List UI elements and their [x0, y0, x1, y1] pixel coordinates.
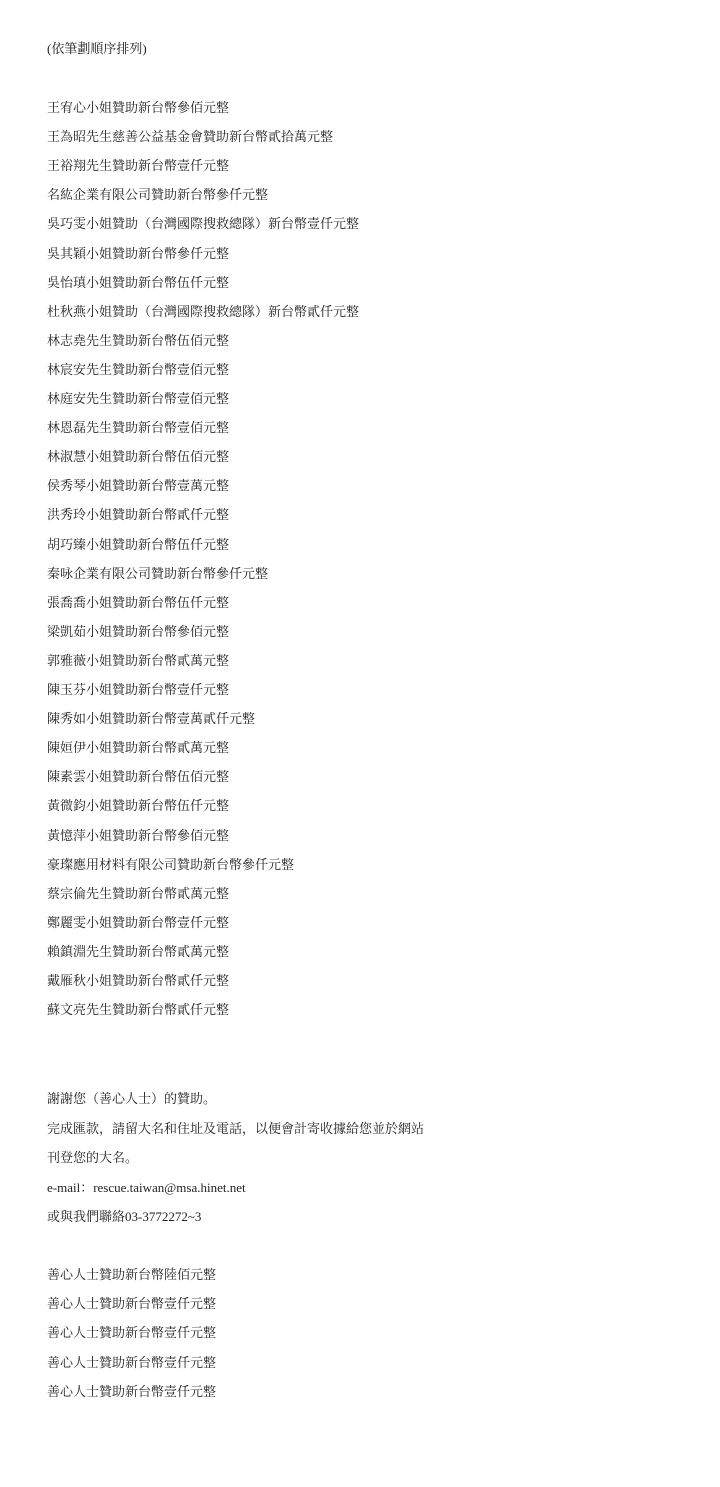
sponsor-entry: 黃微鈞小姐贊助新台幣伍仟元整: [47, 798, 229, 814]
sponsor-entry: 林庭安先生贊助新台幣壹佰元整: [47, 391, 229, 407]
sponsor-entry: 梁凱茹小姐贊助新台幣參佰元整: [47, 624, 229, 640]
sponsor-entry: 林志堯先生贊助新台幣伍佰元整: [47, 333, 229, 349]
thanks-line: 謝謝您（善心人士）的贊助。: [47, 1091, 216, 1107]
sponsor-entry: 王宥心小姐贊助新台幣參佰元整: [47, 100, 229, 116]
instruction-line-cont: 刊登您的大名。: [47, 1150, 138, 1166]
sponsor-entry: 王裕翔先生贊助新台幣壹仟元整: [47, 158, 229, 174]
anonymous-sponsor-entry: 善心人士贊助新台幣壹仟元整: [47, 1355, 216, 1371]
sponsor-entry: 王為昭先生慈善公益基金會贊助新台幣貳拾萬元整: [47, 129, 333, 145]
anonymous-sponsor-entry: 善心人士贊助新台幣壹仟元整: [47, 1384, 216, 1400]
sponsor-entry: 洪秀玲小姐贊助新台幣貳仟元整: [47, 507, 229, 523]
sponsor-entry: 戴雁秋小姐贊助新台幣貳仟元整: [47, 973, 229, 989]
sponsor-entry: 吳巧雯小姐贊助（台灣國際搜救總隊）新台幣壹仟元整: [47, 216, 359, 232]
sponsor-entry: 吳怡瑱小姐贊助新台幣伍仟元整: [47, 275, 229, 291]
sponsor-entry: 杜秋燕小姐贊助（台灣國際搜救總隊）新台幣貳仟元整: [47, 304, 359, 320]
sponsor-entry: 胡巧臻小姐贊助新台幣伍仟元整: [47, 537, 229, 553]
email-contact: e-mail：rescue.taiwan@msa.hinet.net: [47, 1180, 246, 1196]
sponsor-entry: 陳玉芬小姐贊助新台幣壹仟元整: [47, 682, 229, 698]
sponsor-entry: 侯秀琴小姐贊助新台幣壹萬元整: [47, 478, 229, 494]
instruction-line: 完成匯款，請留大名和住址及電話，以便會計寄收據給您並於網站: [47, 1121, 424, 1137]
sponsor-entry: 賴鎮淵先生贊助新台幣貳萬元整: [47, 944, 229, 960]
sponsor-entry: 林宸安先生贊助新台幣壹佰元整: [47, 362, 229, 378]
sponsor-entry: 黃憶萍小姐贊助新台幣參佰元整: [47, 828, 229, 844]
sponsor-entry: 陳素雲小姐贊助新台幣伍佰元整: [47, 769, 229, 785]
anonymous-sponsor-entry: 善心人士贊助新台幣壹仟元整: [47, 1325, 216, 1341]
sponsor-entry: 名紘企業有限公司贊助新台幣參仟元整: [47, 187, 268, 203]
sort-note: (依筆劃順序排列): [47, 41, 147, 57]
sponsor-entry: 蔡宗倫先生贊助新台幣貳萬元整: [47, 886, 229, 902]
sponsor-entry: 鄭麗雯小姐贊助新台幣壹仟元整: [47, 915, 229, 931]
sponsor-entry: 吳其穎小姐贊助新台幣參仟元整: [47, 246, 229, 262]
anonymous-sponsor-entry: 善心人士贊助新台幣壹仟元整: [47, 1296, 216, 1312]
sponsor-entry: 蘇文亮先生贊助新台幣貳仟元整: [47, 1002, 229, 1018]
sponsor-entry: 張喬喬小姐贊助新台幣伍仟元整: [47, 595, 229, 611]
anonymous-sponsor-entry: 善心人士贊助新台幣陸佰元整: [47, 1267, 216, 1283]
sponsor-entry: 豪璨應用材料有限公司贊助新台幣參仟元整: [47, 857, 294, 873]
sponsor-entry: 林恩磊先生贊助新台幣壹佰元整: [47, 420, 229, 436]
sponsor-entry: 秦咏企業有限公司贊助新台幣參仟元整: [47, 566, 268, 582]
sponsor-entry: 陳秀如小姐贊助新台幣壹萬貳仟元整: [47, 711, 255, 727]
phone-contact: 或與我們聯絡03-3772272~3: [47, 1209, 201, 1225]
sponsor-entry: 郭雅薇小姐贊助新台幣貳萬元整: [47, 653, 229, 669]
sponsor-entry: 陳姮伊小姐贊助新台幣貳萬元整: [47, 740, 229, 756]
sponsor-entry: 林淑慧小姐贊助新台幣伍佰元整: [47, 449, 229, 465]
